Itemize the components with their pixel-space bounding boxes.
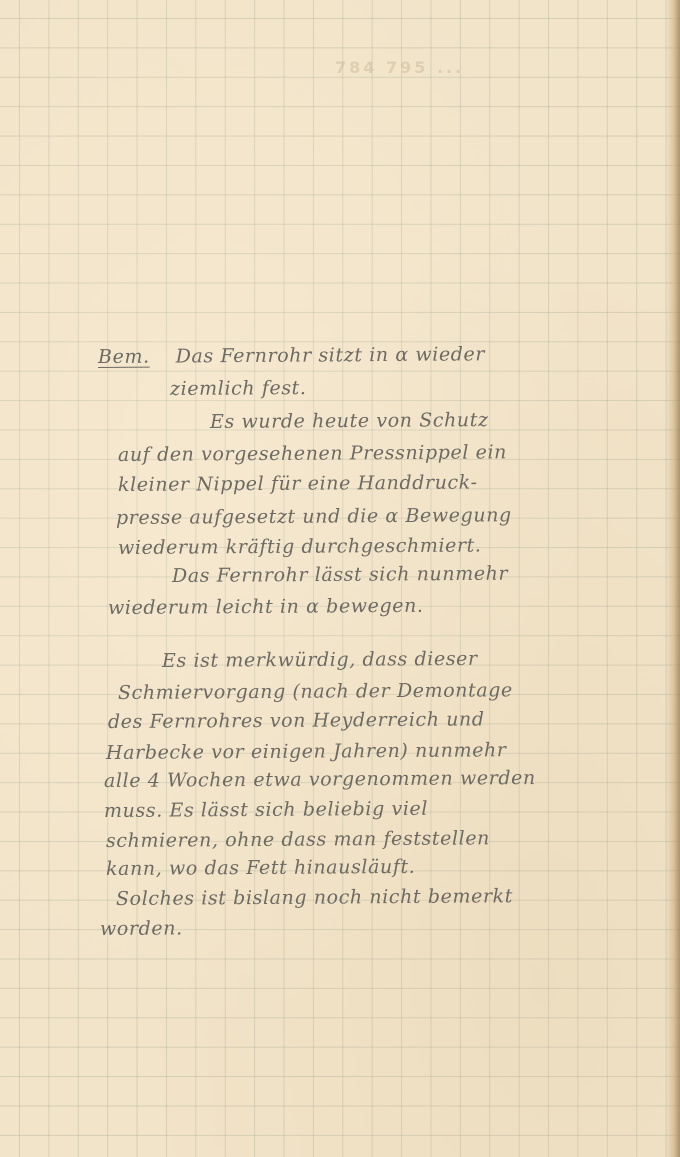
entry-line-19: worden. <box>100 917 183 940</box>
entry-line-9: wiederum leicht in α bewegen. <box>108 595 424 619</box>
notebook-page: 784 795 ... Bem.Das Fernrohr sitzt in α … <box>0 0 680 1157</box>
entry-line-12: des Fernrohres von Heyderreich und <box>108 708 485 733</box>
entry-line-11: Schmiervorgang (nach der Demontage <box>118 679 513 704</box>
entry-line-text: Das Fernrohr sitzt in α wieder <box>176 343 486 367</box>
entry-label: Bem. <box>98 346 150 368</box>
entry-line-10: Es ist merkwürdig, dass dieser <box>162 648 478 672</box>
entry-line-5: kleiner Nippel für eine Handdruck- <box>118 471 478 496</box>
entry-line-3: Es wurde heute von Schutz <box>210 409 489 433</box>
entry-line-14: alle 4 Wochen etwa vorgenommen werden <box>104 767 536 792</box>
entry-line-13: Harbecke vor einigen Jahren) nunmehr <box>106 739 507 764</box>
handwritten-entry: Bem.Das Fernrohr sitzt in α wieder zieml… <box>0 0 680 1157</box>
entry-line-2: ziemlich fest. <box>170 377 307 400</box>
entry-line-7: wiederum kräftig durchgeschmiert. <box>118 534 482 559</box>
entry-line-18: Solches ist bislang noch nicht bemerkt <box>116 885 513 910</box>
entry-line-1: Bem.Das Fernrohr sitzt in α wieder <box>98 343 485 368</box>
entry-line-8: Das Fernrohr lässt sich nunmehr <box>172 563 508 587</box>
page-edge-shadow <box>666 0 680 1157</box>
entry-line-4: auf den vorgesehenen Pressnippel ein <box>118 441 507 466</box>
entry-line-17: kann, wo das Fett hinausläuft. <box>106 856 415 880</box>
entry-line-15: muss. Es lässt sich beliebig viel <box>104 798 428 822</box>
entry-line-6: presse aufgesetzt und die α Bewegung <box>116 504 512 529</box>
entry-line-16: schmieren, ohne dass man feststellen <box>106 827 490 852</box>
